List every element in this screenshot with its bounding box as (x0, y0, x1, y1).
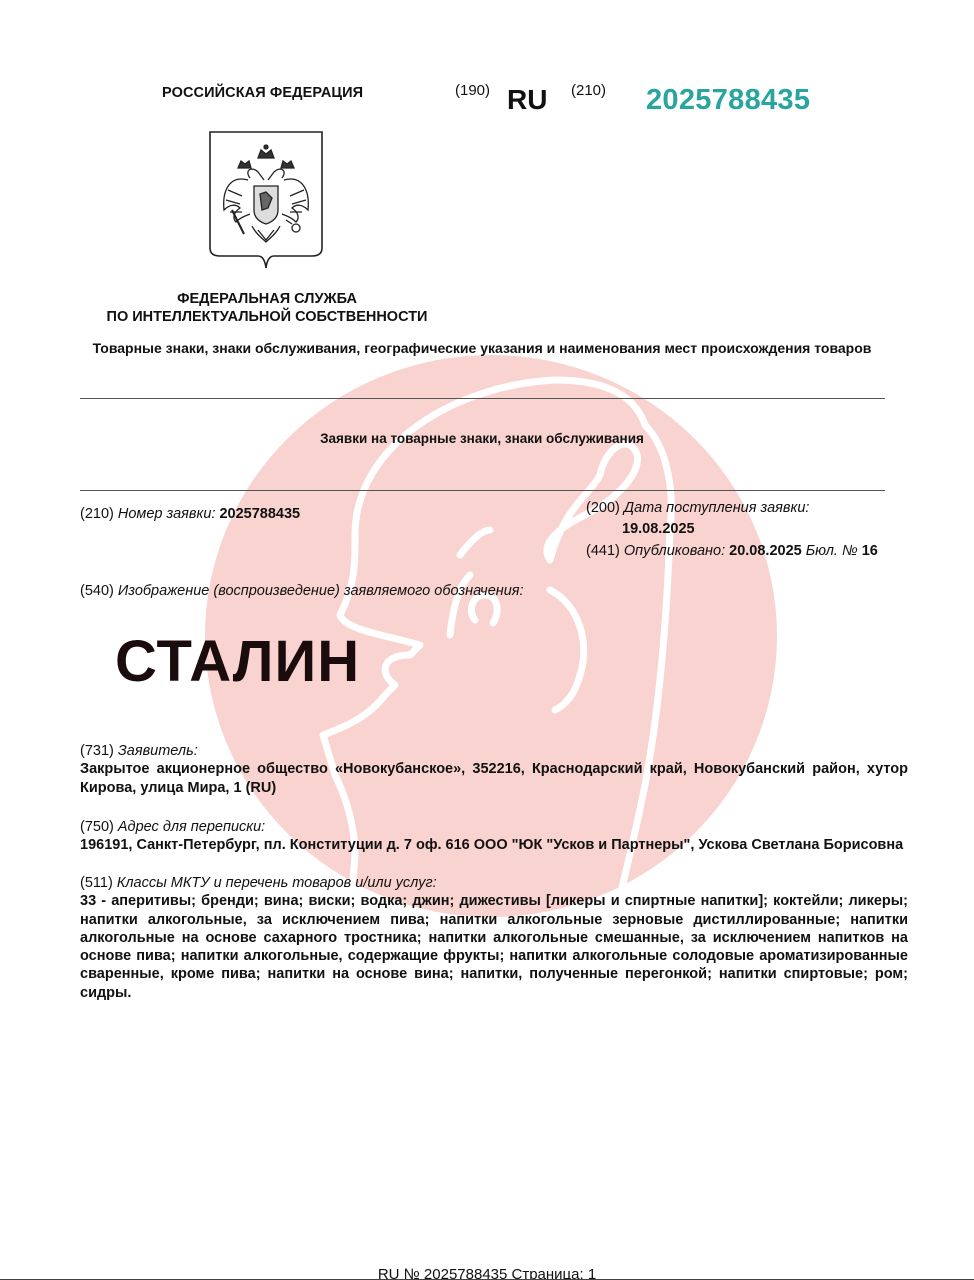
published-field: (441) Опубликовано: 20.08.2025 Бюл. № 16 (586, 542, 878, 560)
correspondence-value: 196191, Санкт-Петербург, пл. Конституции… (80, 836, 908, 854)
page-footer: RU № 2025788435 Страница: 1 (0, 1266, 974, 1280)
field-label: Адрес для переписки: (118, 819, 265, 835)
filing-date-text: 19.08.2025 (622, 521, 695, 537)
applicant-field: (731) Заявитель: Закрытое акционерное об… (80, 742, 908, 797)
trademark-image: СТАЛИН (115, 628, 360, 695)
published-date: 20.08.2025 (729, 543, 802, 559)
field-label: Дата поступления заявки: (624, 500, 810, 516)
classes-field: (511) Классы МКТУ и перечень товаров и/и… (80, 874, 908, 1002)
application-number-field: (210) Номер заявки: 2025788435 (80, 505, 300, 523)
field-label: Изображение (воспроизведение) заявляемог… (118, 583, 524, 599)
bulletin-number: 16 (862, 543, 878, 559)
document-number: 2025788435 (646, 84, 810, 117)
bulletin-label: Бюл. № (806, 543, 858, 559)
agency-name: ФЕДЕРАЛЬНАЯ СЛУЖБА ПО ИНТЕЛЛЕКТУАЛЬНОЙ С… (0, 290, 534, 326)
field-code: (731) (80, 743, 114, 759)
field-label: Классы МКТУ и перечень товаров и/или усл… (117, 875, 437, 891)
country-code: RU (507, 84, 547, 116)
code-190: (190) (455, 82, 490, 99)
field-label: Опубликовано: (624, 543, 725, 559)
section-title: Заявки на товарные знаки, знаки обслужив… (0, 431, 964, 446)
correspondence-field: (750) Адрес для переписки: 196191, Санкт… (80, 818, 908, 855)
divider (80, 398, 885, 399)
divider (80, 490, 885, 491)
field-code: (511) (80, 875, 113, 891)
agency-name-line1: ФЕДЕРАЛЬНАЯ СЛУЖБА (0, 290, 534, 308)
coat-of-arms-icon (208, 130, 324, 270)
field-code: (750) (80, 819, 114, 835)
field-label: Номер заявки: (118, 506, 216, 522)
field-code: (200) (586, 500, 620, 516)
image-field: (540) Изображение (воспроизведение) заяв… (80, 582, 524, 600)
application-number-value: 2025788435 (219, 506, 300, 522)
goods-list: 33 - аперитивы; бренди; вина; виски; вод… (80, 892, 908, 1002)
filing-date-value: 19.08.2025 (622, 520, 695, 538)
applicant-value: Закрытое акционерное общество «Новокубан… (80, 760, 908, 797)
field-label: Заявитель: (118, 743, 198, 759)
agency-name-line2: ПО ИНТЕЛЛЕКТУАЛЬНОЙ СОБСТВЕННОСТИ (0, 308, 534, 326)
category-title: Товарные знаки, знаки обслуживания, геог… (0, 340, 964, 356)
document-page: РОССИЙСКАЯ ФЕДЕРАЦИЯ (190) RU (210) 2025… (0, 0, 974, 1280)
code-210: (210) (571, 82, 606, 99)
field-code: (540) (80, 583, 114, 599)
field-code: (441) (586, 543, 620, 559)
country-name: РОССИЙСКАЯ ФЕДЕРАЦИЯ (162, 85, 363, 101)
field-code: (210) (80, 506, 114, 522)
filing-date-field: (200) Дата поступления заявки: (586, 499, 809, 517)
